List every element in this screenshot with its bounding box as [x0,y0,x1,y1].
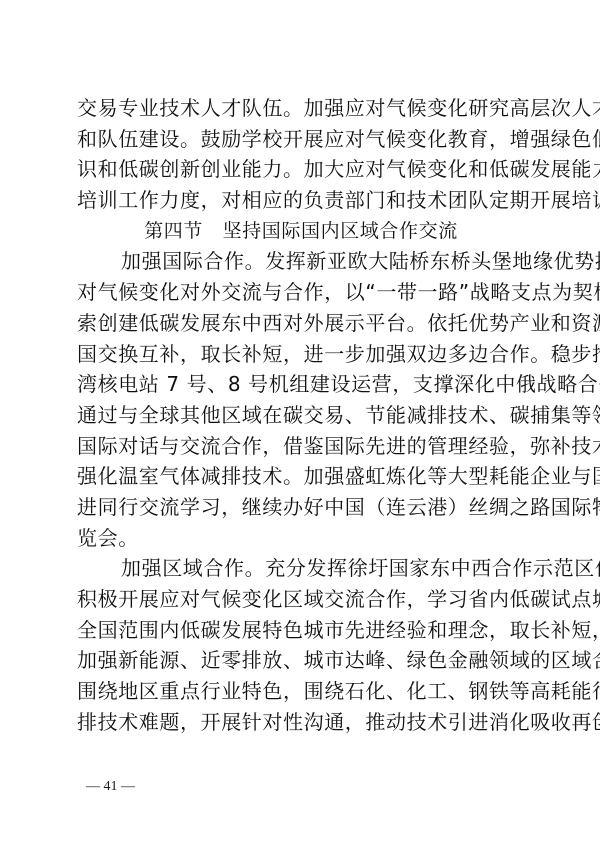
text-line: 进同行交流学习，继续办好中国（连云港）丝绸之路国际物流博 [77,492,525,523]
text-line: 全国范围内低碳发展特色城市先进经验和理念，取长补短，重点 [77,615,525,646]
text-line: 湾核电站 7 号、8 号机组建设运营，支撑深化中俄战略合作关系。 [77,369,525,400]
paragraph-start-line: 加强国际合作。发挥新亚欧大陆桥东桥头堡地缘优势扩大应 [77,246,525,277]
text-line: 强化温室气体减排技术。加强盛虹炼化等大型耗能企业与国际先 [77,461,525,492]
text-line: 索创建低碳发展东中西对外展示平台。依托优势产业和资源与他 [77,308,525,339]
text-line: 对气候变化对外交流与合作，以“一带一路”战略支点为契机探 [77,277,525,308]
text-line: 识和低碳创新创业能力。加大应对气候变化和低碳发展能力建设 [77,154,525,185]
text-line: 通过与全球其他区域在碳交易、节能减排技术、碳捕集等领域的 [77,400,525,431]
text-line: 交易专业技术人才队伍。加强应对气候变化研究高层次人才培养 [77,93,525,124]
text-line: 积极开展应对气候变化区域交流合作，学习省内低碳试点城市及 [77,584,525,615]
text-line: 围绕地区重点行业特色，围绕石化、化工、钢铁等高耗能行业减 [77,676,525,707]
text-line: 加强新能源、近零排放、城市达峰、绿色金融领域的区域合作。 [77,645,525,676]
page-number: — 41 — [86,779,135,795]
document-page: 交易专业技术人才队伍。加强应对气候变化研究高层次人才培养 和队伍建设。鼓励学校开… [0,0,600,848]
text-line: 排技术难题，开展针对性沟通，推动技术引进消化吸收再创新， [77,707,525,738]
text-line: 和队伍建设。鼓励学校开展应对气候变化教育，增强绿色低碳意 [77,124,525,155]
text-line: 国交换互补，取长补短，进一步加强双边多边合作。稳步推进田 [77,339,525,370]
text-line: 培训工作力度，对相应的负责部门和技术团队定期开展培训工作。 [77,185,525,216]
text-line: 览会。 [77,523,525,554]
text-line: 国际对话与交流合作，借鉴国际先进的管理经验，弥补技术短板， [77,431,525,462]
section-heading: 第四节 坚持国际国内区域合作交流 [77,216,525,247]
paragraph-start-line: 加强区域合作。充分发挥徐圩国家东中西合作示范区优势， [77,553,525,584]
body-text: 交易专业技术人才队伍。加强应对气候变化研究高层次人才培养 和队伍建设。鼓励学校开… [77,93,525,737]
